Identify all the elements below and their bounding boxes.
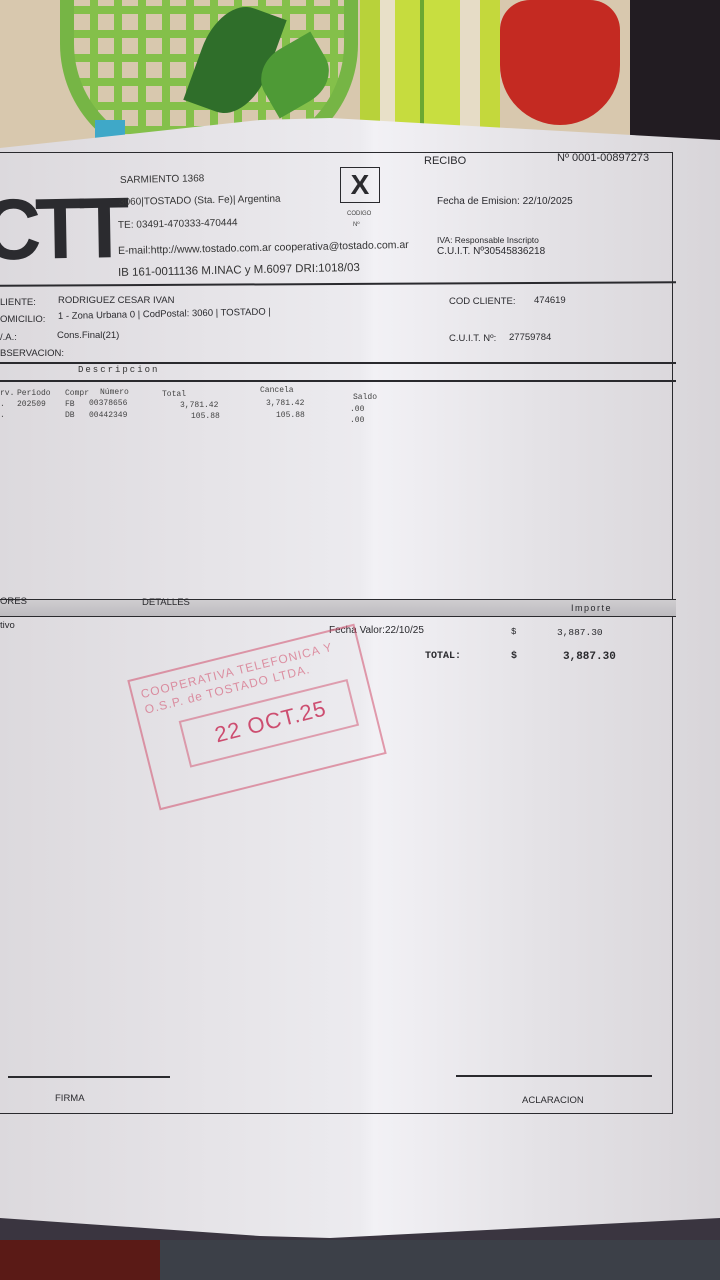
issue-date: Fecha de Emision: 22/10/2025	[437, 196, 573, 207]
aclaracion-label: ACLARACION	[522, 1095, 584, 1106]
row-cancela: 3,781.42	[266, 399, 304, 408]
total-currency: $	[511, 651, 517, 662]
row-saldo: .00	[350, 416, 364, 425]
total-label: TOTAL:	[425, 651, 461, 662]
company-logo: CTT	[0, 179, 124, 280]
row-total: 105.88	[191, 412, 220, 421]
row-total: 3,781.42	[180, 401, 218, 410]
total-amount: 3,887.30	[563, 651, 616, 663]
row-cancela: 105.88	[276, 411, 305, 420]
row-compr: DB	[65, 411, 75, 420]
col-rv: rv.	[0, 389, 14, 398]
col-total: Total	[162, 390, 186, 399]
col-numero: Número	[100, 388, 129, 397]
divider	[0, 362, 676, 364]
payment-amount: 3,887.30	[557, 627, 603, 638]
client-cuit: 27759784	[509, 332, 551, 343]
col-saldo: Saldo	[353, 393, 377, 402]
signature-line	[8, 1076, 170, 1078]
invoice-type-box: X	[340, 167, 380, 203]
client-cuit-label: C.U.I.T. Nº:	[449, 333, 496, 344]
client-code-label: COD CLIENTE:	[449, 296, 516, 307]
client-iva-label: /.A.:	[0, 332, 17, 343]
observation-label: BSERVACION:	[0, 348, 64, 359]
clarification-line	[456, 1075, 652, 1077]
payment-currency: $	[511, 627, 516, 637]
row-periodo: 202509	[17, 400, 46, 409]
receipt-number: Nº 0001-00897273	[557, 152, 649, 164]
payment-method: tivo	[0, 620, 15, 631]
col-cancela: Cancela	[260, 386, 294, 395]
row-numero: 00378656	[89, 399, 127, 408]
floor-red-object	[0, 1240, 160, 1280]
description-heading: Descripcion	[78, 365, 159, 375]
company-iva: IVA: Responsable Inscripto	[437, 235, 539, 245]
client-code: 474619	[534, 295, 566, 306]
receipt-title: RECIBO	[424, 155, 466, 167]
client-name-label: LIENTE:	[0, 297, 36, 308]
pepper-pattern	[500, 0, 620, 125]
col-importe: Importe	[571, 603, 612, 613]
client-iva: Cons.Final(21)	[57, 330, 119, 341]
stamp-date: 22 OCT.25	[212, 695, 329, 748]
client-name: RODRIGUEZ CESAR IVAN	[58, 295, 174, 306]
col-valores: ORES	[0, 596, 27, 607]
codigo-label: CODIGO	[347, 211, 371, 217]
col-compr: Compr	[65, 389, 89, 398]
row-numero: 00442349	[89, 411, 127, 420]
firma-label: FIRMA	[55, 1093, 85, 1104]
codigo-number-label: Nº	[353, 222, 360, 228]
client-address-label: OMICILIO:	[0, 314, 45, 325]
row-compr: FB	[65, 400, 75, 409]
divider	[0, 380, 676, 382]
col-detalles: DETALLES	[142, 597, 190, 608]
company-address-line1: SARMIENTO 1368	[120, 173, 205, 186]
col-periodo: Periodo	[17, 389, 51, 398]
row-saldo: .00	[350, 405, 364, 414]
company-cuit: C.U.I.T. Nº30545836218	[437, 246, 545, 257]
